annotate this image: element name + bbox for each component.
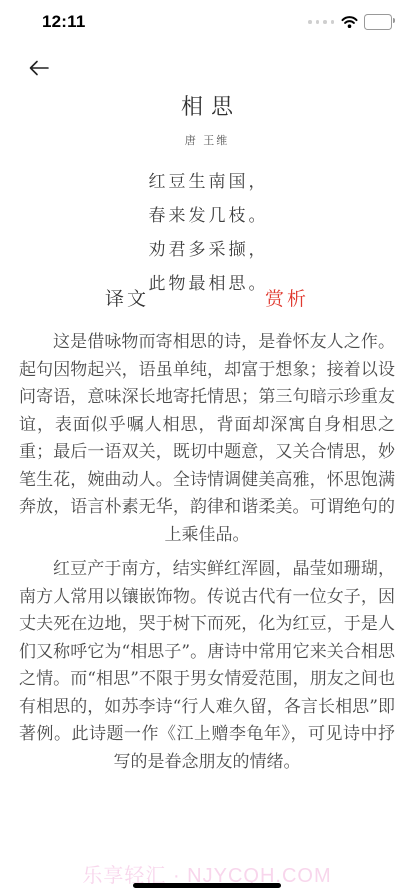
poem-body: 红豆生南国， 春来发几枝。 劝君多采撷， 此物最相思。 bbox=[0, 165, 414, 301]
tab-appreciation[interactable]: 赏析 bbox=[265, 284, 309, 311]
poem-title: 相思 bbox=[0, 90, 414, 121]
status-icons bbox=[308, 13, 392, 31]
back-arrow-icon bbox=[28, 60, 50, 76]
signal-dots-icon bbox=[308, 20, 334, 24]
appreciation-paragraph: 这是借咏物而寄相思的诗，是眷怀友人之作。起句因物起兴，语虽单纯，却富于想象；接着… bbox=[19, 329, 395, 549]
tab-translation[interactable]: 译文 bbox=[105, 284, 149, 311]
poem-line: 红豆生南国， bbox=[0, 165, 414, 199]
appreciation-content: 这是借咏物而寄相思的诗，是眷怀友人之作。起句因物起兴，语虽单纯，却富于想象；接着… bbox=[19, 329, 395, 776]
poem-author: 唐 王维 bbox=[0, 132, 414, 148]
home-indicator[interactable] bbox=[133, 883, 281, 889]
poem-detail-screen: 12:11 相思 唐 王维 bbox=[0, 0, 414, 896]
poem-line: 劝君多采撷， bbox=[0, 233, 414, 267]
status-bar: 12:11 bbox=[0, 0, 414, 44]
tab-bar: 译文 赏析 bbox=[0, 284, 414, 311]
status-time: 12:11 bbox=[42, 12, 86, 32]
back-button[interactable] bbox=[26, 55, 52, 81]
battery-icon bbox=[364, 14, 392, 30]
appreciation-paragraph: 红豆产于南方，结实鲜红浑圆，晶莹如珊瑚，南方人常用以镶嵌饰物。传说古代有一位女子… bbox=[19, 556, 395, 776]
poem-section: 相思 唐 王维 红豆生南国， 春来发几枝。 劝君多采撷， 此物最相思。 bbox=[0, 90, 414, 301]
wifi-icon bbox=[341, 16, 358, 28]
poem-line: 春来发几枝。 bbox=[0, 199, 414, 233]
